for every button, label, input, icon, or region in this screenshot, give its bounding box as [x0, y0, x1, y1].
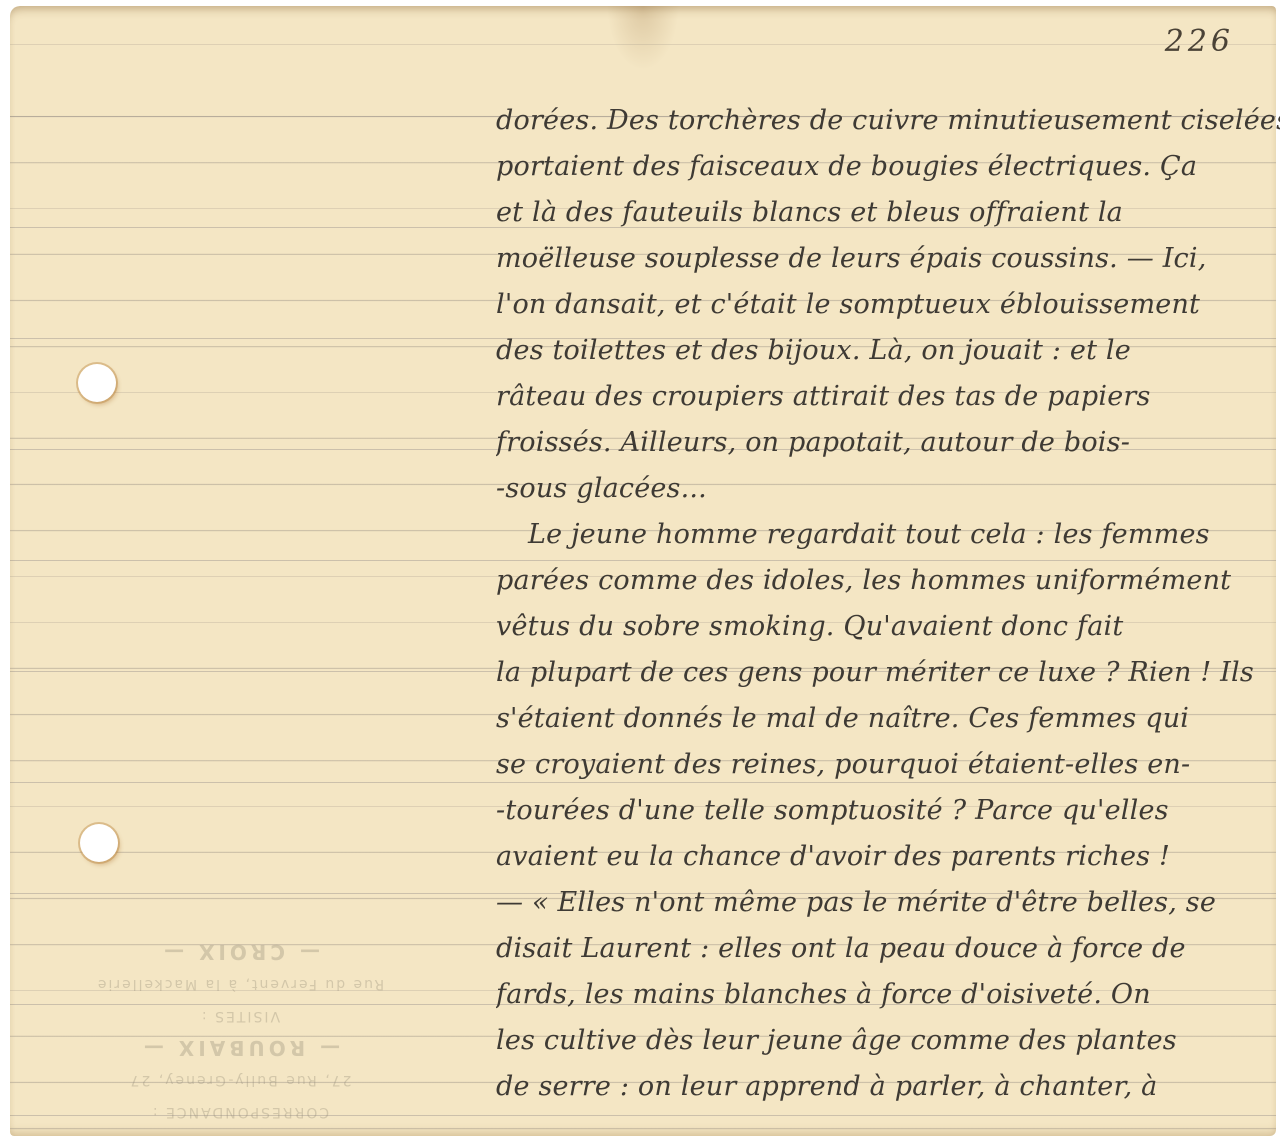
bleed-line: CORRESPONDANCE :: [90, 1096, 390, 1128]
text-line: -tourées d'une telle somptuosité ? Parce…: [496, 788, 1280, 834]
page-number: 226: [1165, 24, 1234, 59]
handwritten-text: dorées. Des torchères de cuivre minutieu…: [496, 98, 1280, 1110]
text-line: l'on dansait, et c'était le somptueux éb…: [496, 282, 1280, 328]
text-line: avaient eu la chance d'avoir des parents…: [496, 834, 1280, 880]
text-line: de serre : on leur apprend à parler, à c…: [496, 1064, 1280, 1110]
text-line: portaient des faisceaux de bougies élect…: [496, 144, 1280, 190]
text-line: fards, les mains blanches à force d'oisi…: [496, 972, 1280, 1018]
text-line: parées comme des idoles, les hommes unif…: [496, 558, 1280, 604]
text-line: des toilettes et des bijoux. Là, on joua…: [496, 328, 1280, 374]
text-line: disait Laurent : elles ont la peau douce…: [496, 926, 1280, 972]
bleed-line: 27, Rue Bully-Greney, 27: [90, 1064, 390, 1096]
manuscript-page: 226 CORRESPONDANCE : 27, Rue Bully-Grene…: [10, 6, 1276, 1136]
text-line: vêtus du sobre smoking. Qu'avaient donc …: [496, 604, 1280, 650]
bleed-line: — CROIX —: [90, 936, 390, 968]
text-line: moëlleuse souplesse de leurs épais couss…: [496, 236, 1280, 282]
text-line: s'étaient donnés le mal de naître. Ces f…: [496, 696, 1280, 742]
bleed-line: VISITES :: [90, 1000, 390, 1032]
punch-hole-bottom: [80, 824, 118, 862]
bleed-line: Rue du Fervent, à la Mackellerie: [90, 968, 390, 1000]
bleed-line: — ROUBAIX —: [90, 1032, 390, 1064]
text-line: les cultive dès leur jeune âge comme des…: [496, 1018, 1280, 1064]
text-line: et là des fauteuils blancs et bleus offr…: [496, 190, 1280, 236]
text-line: -sous glacées...: [496, 466, 1280, 512]
text-line: râteau des croupiers attirait des tas de…: [496, 374, 1280, 420]
text-line: la plupart de ces gens pour mériter ce l…: [496, 650, 1280, 696]
paragraph-start-line: Le jeune homme regardait tout cela : les…: [496, 512, 1280, 558]
punch-hole-top: [78, 364, 116, 402]
text-line: — « Elles n'ont même pas le mérite d'êtr…: [496, 880, 1280, 926]
text-line: dorées. Des torchères de cuivre minutieu…: [496, 98, 1280, 144]
text-line: se croyaient des reines, pourquoi étaien…: [496, 742, 1280, 788]
bleed-through-letterhead: CORRESPONDANCE : 27, Rue Bully-Greney, 2…: [90, 936, 390, 1128]
text-line: froissés. Ailleurs, on papotait, autour …: [496, 420, 1280, 466]
